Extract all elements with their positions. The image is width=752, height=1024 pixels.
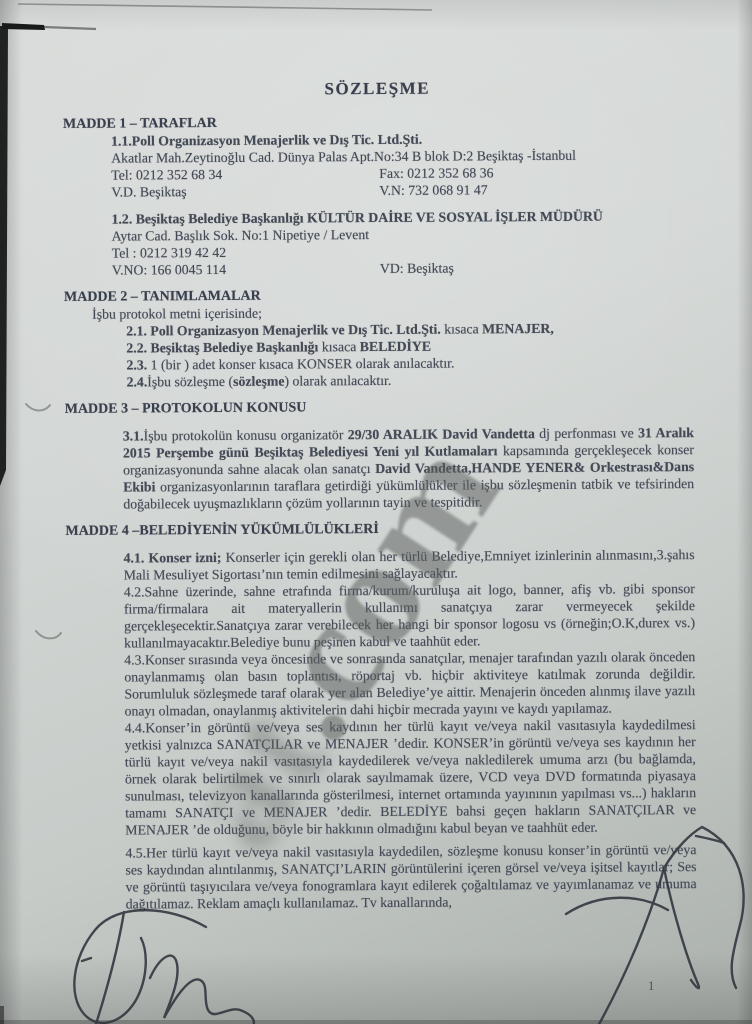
text-run: 1 (bir ) adet konser kısaca KONSER olara…	[147, 356, 454, 373]
text-run: sözleşme	[233, 374, 284, 389]
text-run: 2.1. Poll Organizasyon Menajerlik ve Dış…	[126, 322, 441, 339]
party-1-fax: Fax: 0212 352 68 36	[379, 164, 493, 182]
signature-left-stroke	[74, 910, 206, 1023]
madde-3-heading: MADDE 3 – PROTOKOLUN KONUSU	[65, 397, 694, 418]
signature-left	[74, 910, 254, 1024]
madde-1-section: MADDE 1 – TARAFLAR 1.1.Poll Organizasyon…	[63, 112, 693, 279]
signature-left-stroke	[150, 956, 254, 1024]
signature-left-stroke	[82, 958, 91, 961]
madde-4-section: MADDE 4 –BELEDİYENİN YÜKÜMLÜLÜKLERİ 4.1.…	[65, 519, 696, 913]
photo-edge-bottom	[0, 1020, 752, 1024]
clause-4-2: 4.2.Sahne üzerinde, sahne etrafında firm…	[124, 580, 695, 651]
madde-3-section: MADDE 3 – PROTOKOLUN KONUSU 3.1.İşbu pro…	[65, 397, 695, 513]
text-run: ) olarak anılacaktır.	[284, 373, 391, 389]
scanned-document-photo: SÖZLEŞME MADDE 1 – TARAFLAR 1.1.Poll Org…	[0, 0, 752, 1024]
text-run: İşbu protokolün konusu organizatör	[144, 427, 348, 443]
clause-4-3: 4.3.Konser sırasında veya öncesinde ve s…	[124, 648, 695, 719]
text-run: 2.4.	[127, 374, 148, 389]
text-run: kısaca	[441, 321, 482, 336]
madde-2-section: MADDE 2 – TANIMLAMALAR İşbu protokol met…	[64, 285, 694, 391]
party-2-tax-number: V.NO: 166 0045 114	[112, 260, 380, 279]
text-run: organizasyonlarının taraflara getirdiği …	[123, 476, 694, 511]
text-run: dj perfonması ve	[535, 425, 638, 441]
clause-4-5: 4.5.Her türlü kayıt ve/veya nakil vasıta…	[125, 841, 696, 912]
party-2-tax-row: V.NO: 166 0045 114 VD: Beşiktaş	[112, 258, 693, 279]
party-1-tel: Tel: 0212 352 68 34	[111, 165, 379, 184]
photo-edge-bottom-left	[0, 1006, 4, 1024]
party-1-block: 1.1.Poll Organizasyon Menajerlik ve Dış …	[111, 129, 692, 201]
text-run: kısaca	[318, 339, 359, 354]
party-1-tax-office: V.D. Beşiktaş	[111, 182, 379, 201]
signature-left-stroke	[96, 912, 124, 1024]
text-run: İşbu sözleşme (	[147, 374, 233, 390]
clause-2-4: 2.4.İşbu sözleşme (sözleşme) olarak anıl…	[126, 370, 693, 390]
party-1-tax-number: V.N: 732 068 91 47	[379, 181, 487, 199]
madde-4-heading: MADDE 4 –BELEDİYENİN YÜKÜMLÜLÜKLERİ	[65, 519, 694, 540]
page-number: 1	[648, 979, 654, 994]
text-run: 3.1.	[123, 428, 144, 443]
text-run: 2.2. Beşiktaş Belediye Başkanlığı	[126, 339, 318, 355]
clause-3-1: 3.1.İşbu protokolün konusu organizatör 2…	[123, 424, 695, 512]
text-run: 29/30 ARALIK David Vandetta	[348, 426, 535, 442]
text-run: BELEDİYE	[360, 339, 431, 354]
document-page: SÖZLEŞME MADDE 1 – TARAFLAR 1.1.Poll Org…	[0, 0, 752, 913]
clause-4-1: 4.1. Konser izni; Konserler için gerekli…	[124, 546, 695, 583]
party-1-tax-row: V.D. Beşiktaş V.N: 732 068 91 47	[111, 180, 692, 201]
text-run: MENAJER,	[482, 321, 554, 336]
contract-title: SÖZLEŞME	[63, 78, 692, 100]
party-2-tax-office: VD: Beşiktaş	[380, 260, 454, 277]
text-run: 4.1. Konser izni;	[124, 550, 222, 566]
text-run: 2.3.	[126, 357, 147, 372]
clause-4-4: 4.4.Konser’in görüntü ve/veya ses kaydın…	[125, 716, 697, 838]
party-2-block: 1.2. Beşiktaş Belediye Başkanlığı KÜLTÜR…	[111, 207, 692, 279]
